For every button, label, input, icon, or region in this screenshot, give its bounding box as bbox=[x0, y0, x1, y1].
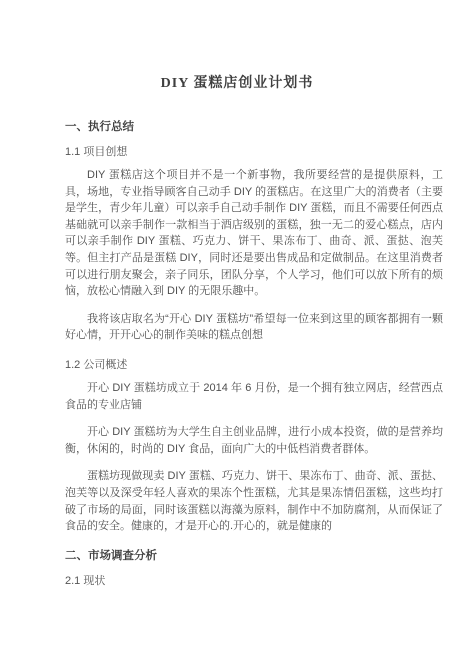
sub-heading-project-idea: 1.1 项目创想 bbox=[65, 143, 443, 159]
sub-heading-current-status: 2.1 现状 bbox=[65, 572, 443, 588]
paragraph-company-founding: 开心 DIY 蛋糕坊成立于 2014 年 6 月份，是一个拥有独立网店，经营西点… bbox=[65, 380, 443, 413]
sub-heading-company-overview: 1.2 公司概述 bbox=[65, 356, 443, 372]
section-heading-market-research: 二、市场调查分析 bbox=[65, 547, 443, 563]
spacer bbox=[65, 92, 443, 118]
spacer bbox=[65, 372, 443, 380]
paragraph-products-health: 蛋糕坊现做现卖 DIY 蛋糕、巧克力、饼干、果冻布丁、曲奇、派、蛋挞、泡芙等以及… bbox=[65, 468, 443, 534]
spacer bbox=[65, 535, 443, 547]
spacer bbox=[65, 300, 443, 311]
document-page: DIY 蛋糕店创业计划书 一、执行总结 1.1 项目创想 DIY 蛋糕店这个项目… bbox=[0, 0, 474, 669]
section-heading-executive-summary: 一、执行总结 bbox=[65, 118, 443, 134]
spacer bbox=[65, 457, 443, 468]
spacer bbox=[65, 134, 443, 143]
paragraph-project-idea-body: DIY 蛋糕店这个项目并不是一个新事物，我所要经营的是提供原料，工具，场地，专业… bbox=[65, 167, 443, 300]
spacer bbox=[65, 159, 443, 167]
spacer bbox=[65, 563, 443, 572]
paragraph-shop-naming: 我将该店取名为“开心 DIY 蛋糕坊”希望每一位来到这里的顾客都拥有一颗好心情，… bbox=[65, 311, 443, 344]
document-title: DIY 蛋糕店创业计划书 bbox=[65, 72, 409, 92]
spacer bbox=[65, 344, 443, 356]
spacer bbox=[65, 413, 443, 424]
paragraph-brand-positioning: 开心 DIY 蛋糕坊为大学生自主创业品牌，进行小成本投资，做的是营养均衡，休闲的… bbox=[65, 424, 443, 457]
